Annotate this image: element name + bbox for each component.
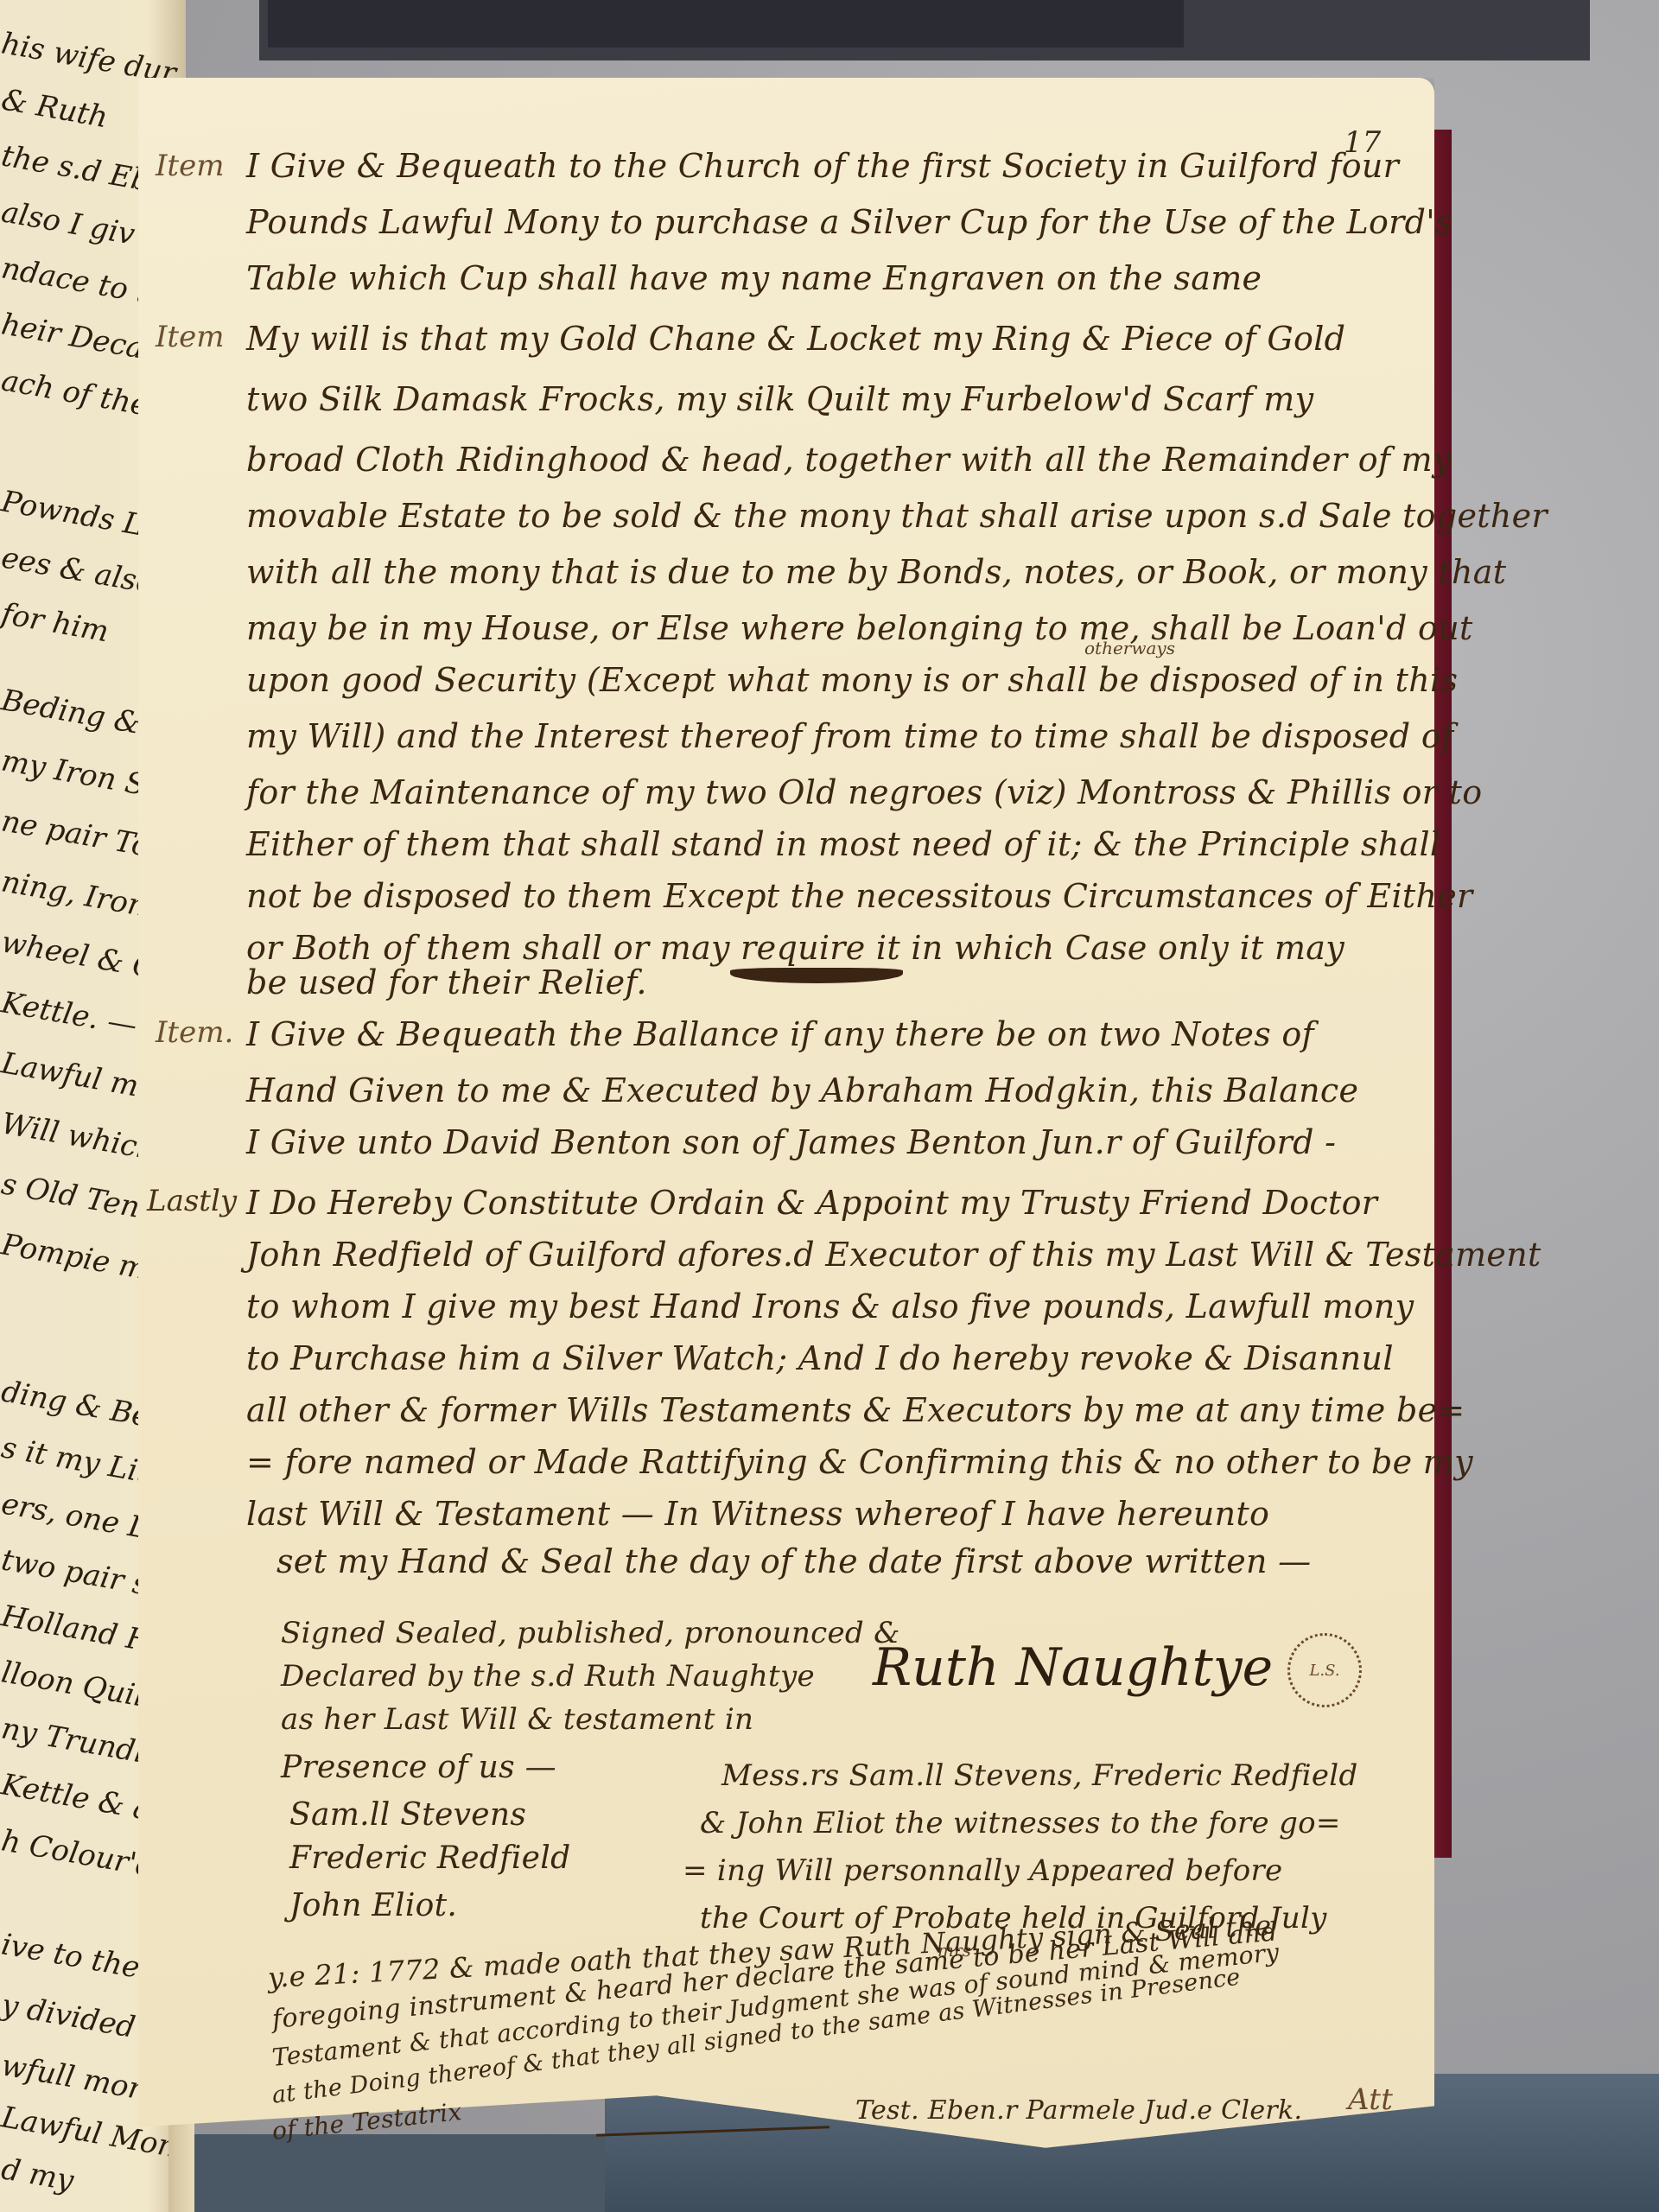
will-line: to Purchase him a Silver Watch; And I do… [246,1339,1394,1377]
will-line: I Do Hereby Constitute Ordain & Appoint … [246,1184,1377,1222]
interlineation: otherways [1084,638,1175,658]
probate-line: & John Eliot the witnesses to the fore g… [700,1806,1341,1840]
probate-line: = ing Will personnally Appeared before [683,1853,1282,1888]
attestation-line: Declared by the s.d Ruth Naughtye [281,1659,815,1694]
left-fragment: Kettle & a [0,1767,154,1827]
will-line: set my Hand & Seal the day of the date f… [276,1542,1311,1580]
will-line: I Give & Bequeath to the Church of the f… [246,147,1399,185]
witness-name: John Eliot. [289,1888,457,1923]
will-line: = fore named or Made Rattifying & Confir… [246,1443,1473,1481]
will-line: broad Cloth Ridinghood & head, together … [246,441,1452,479]
testator-signature: Ruth Naughtye [873,1637,1273,1698]
will-line: my Will) and the Interest thereof from t… [246,717,1453,755]
margin-label-item: Item [156,149,224,183]
attestation-line: Signed Sealed, published, pronounced & [281,1616,900,1650]
will-line: not be disposed to them Except the neces… [246,877,1473,915]
will-line: movable Estate to be sold & the mony tha… [246,497,1548,535]
will-line: to whom I give my best Hand Irons & also… [246,1287,1414,1325]
will-line: upon good Security (Except what mony is … [246,661,1458,699]
will-line: Hand Given to me & Executed by Abraham H… [246,1071,1358,1109]
will-line: Either of them that shall stand in most … [246,825,1440,863]
margin-label-item: Item [156,320,224,354]
margin-label-lastly: Lastly [147,1184,237,1218]
margin-label-item: Item. [156,1015,233,1050]
dark-folder-inner [268,0,1184,48]
will-line: I Give & Bequeath the Ballance if any th… [246,1015,1314,1053]
left-fragment: also I giv [0,194,137,251]
witness-name: Sam.ll Stevens [289,1797,526,1833]
wax-seal-mark: L.S. [1287,1633,1362,1707]
left-fragment: h Colour'd [0,1823,158,1885]
will-line: may be in my House, or Else where belong… [246,609,1473,647]
will-line: Pounds Lawful Mony to purchase a Silver … [246,203,1452,241]
will-line: all other & former Wills Testaments & Ex… [246,1391,1465,1429]
attestation-line: as her Last Will & testament in [281,1702,753,1737]
att-mark: Att [1348,2082,1393,2117]
left-fragment: for him [0,596,111,649]
will-line: with all the mony that is due to me by B… [246,553,1506,591]
left-fragment: d my [0,2152,76,2198]
will-line: for the Maintenance of my two Old negroe… [246,773,1482,811]
will-line: two Silk Damask Frocks, my silk Quilt my… [246,380,1313,418]
probate-line: Mess.rs Sam.ll Stevens, Frederic Redfiel… [721,1758,1358,1793]
will-line: I Give unto David Benton son of James Be… [246,1123,1336,1161]
will-line: John Redfield of Guilford afores.d Execu… [246,1236,1541,1274]
left-fragment: Kettle. — [0,985,140,1043]
witness-name: Frederic Redfield [289,1840,570,1876]
will-line: My will is that my Gold Chane & Locket m… [246,320,1345,358]
will-line: or Both of them shall or may require it … [246,929,1344,967]
will-line: last Will & Testament — In Witness where… [246,1495,1269,1533]
attestation-line: Presence of us — [281,1750,556,1785]
will-line: Table which Cup shall have my name Engra… [246,259,1262,297]
will-line: be used for their Relief. [246,963,647,1001]
clerk-attestation: Test. Eben.r Parmele Jud.e Clerk. [855,2095,1302,2126]
left-fragment: & Ruth [0,82,111,135]
